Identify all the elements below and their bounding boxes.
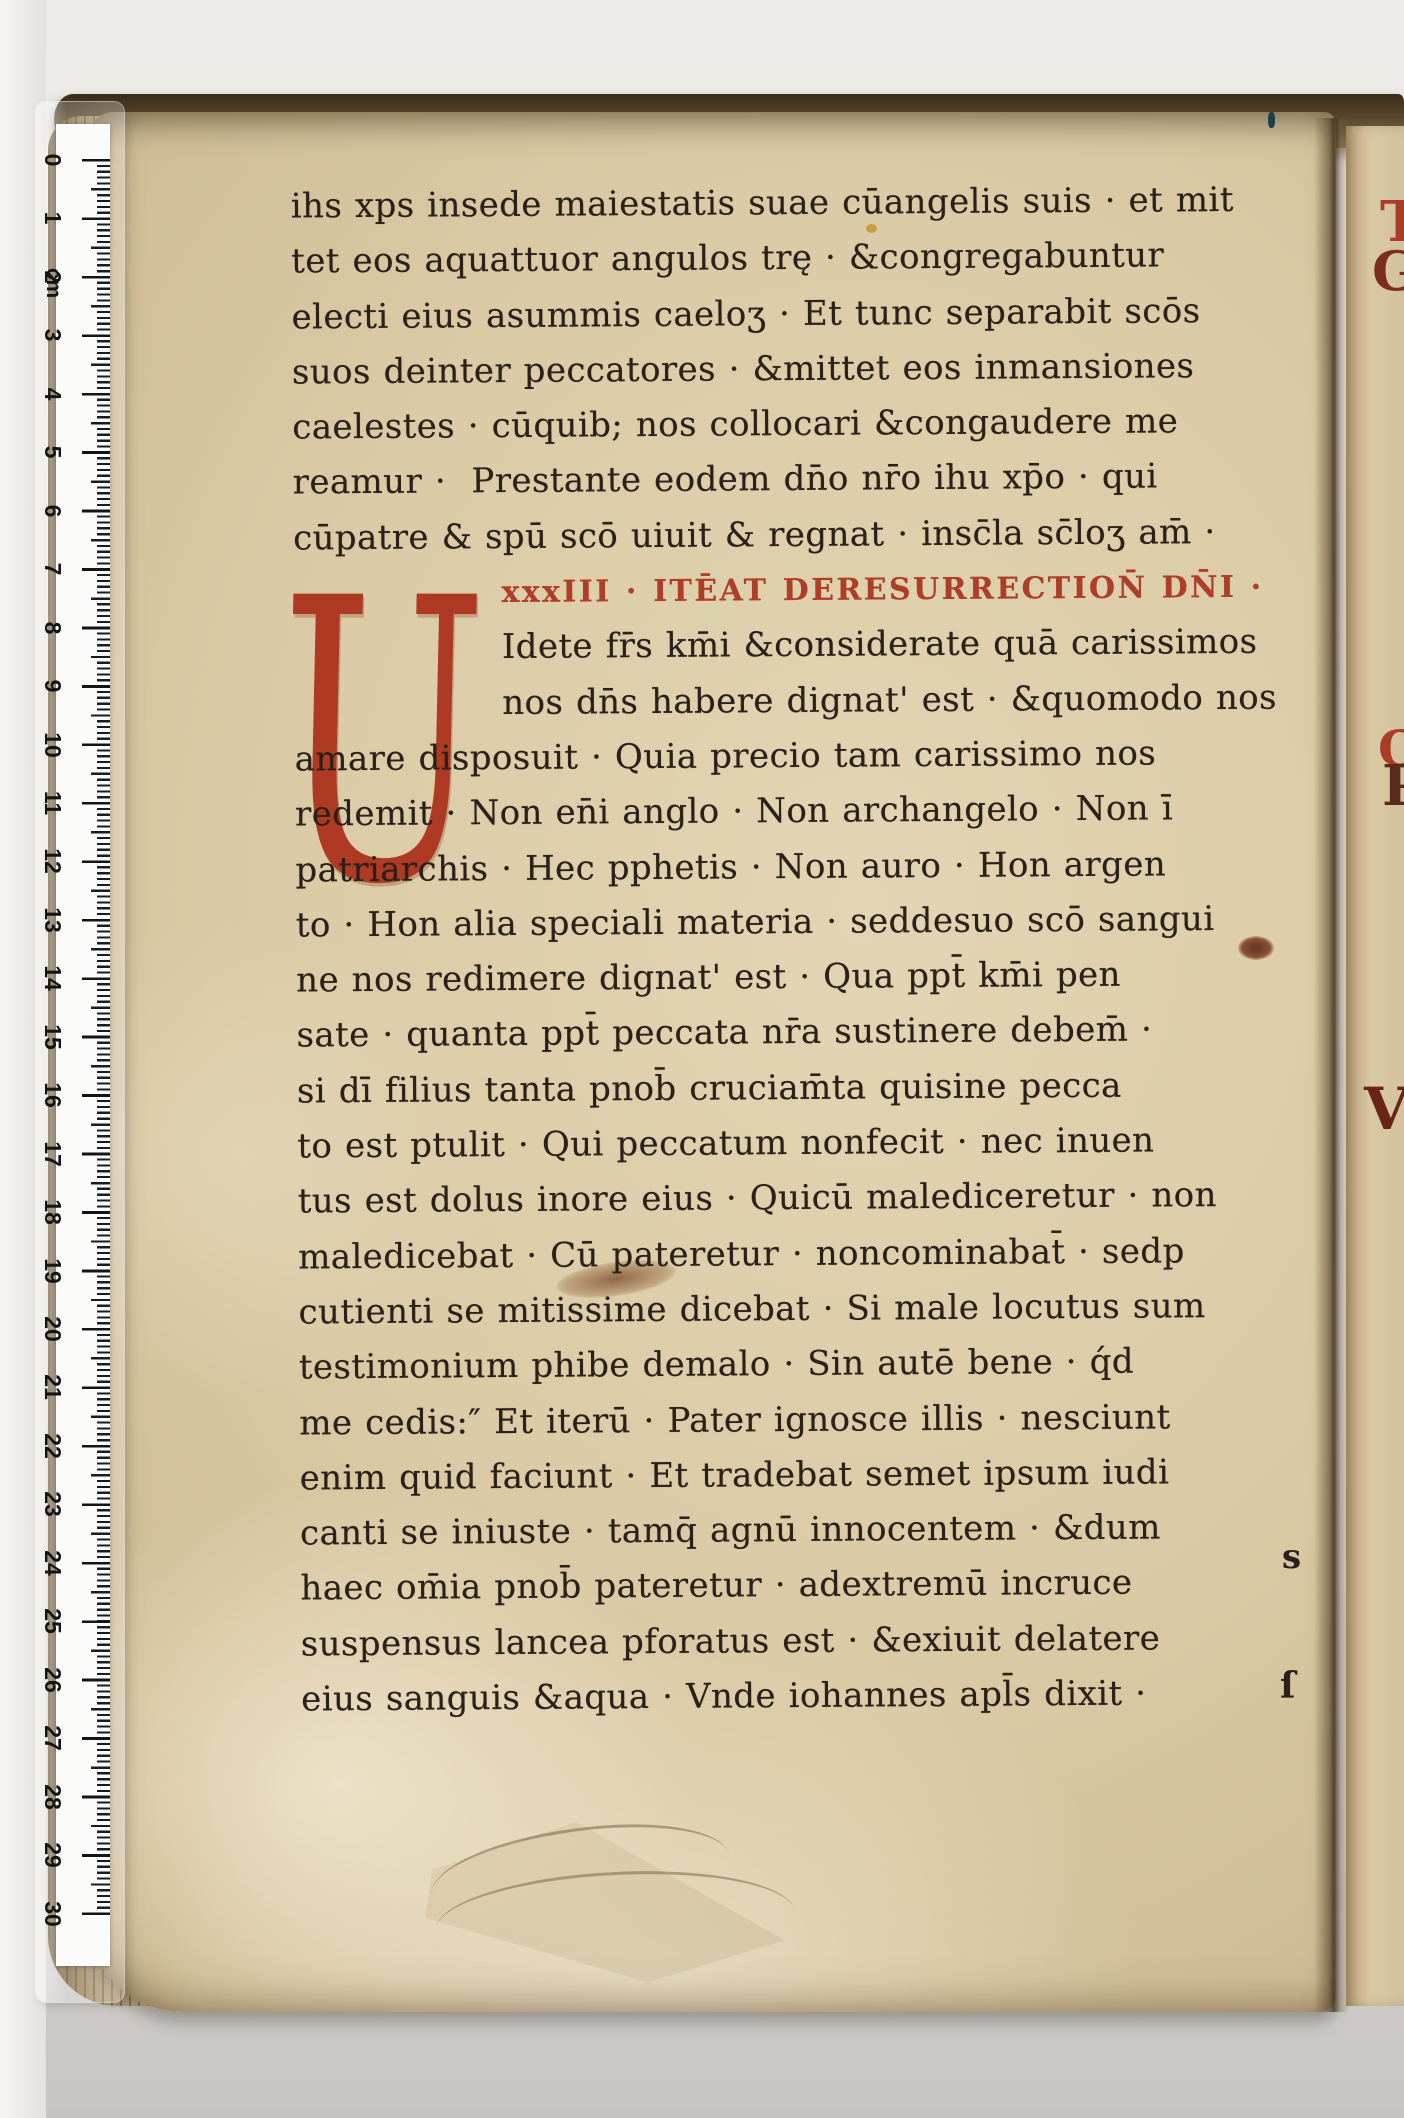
ruler-number: 7 (38, 552, 68, 586)
manuscript-line: si dī filius tanta pnob̄ cruciam̄ta quis… (297, 1057, 1297, 1119)
manuscript-line: Idete fr̄s km̄i &considerate quā carissi… (294, 615, 1294, 677)
ruler-cm-ticks (82, 159, 110, 1916)
ruler-number: 26 (38, 1663, 68, 1697)
ruler-number: 12 (38, 844, 68, 878)
manuscript-line: canti se iniuste · tamq̄ agnū innocentem… (300, 1500, 1300, 1562)
facing-page-letter-fragment: s (1282, 1540, 1301, 1574)
ruler-number: 22 (38, 1429, 68, 1463)
manuscript-line: caelestes · cūquib; nos collocari &conga… (292, 394, 1292, 456)
manuscript-line: maledicebat · Cū pateretur · noncominaba… (298, 1223, 1298, 1285)
ruler-number: 24 (38, 1546, 68, 1580)
ruler-number: 28 (38, 1780, 68, 1814)
manuscript-line: amare disposuit · Quia precio tam cariss… (294, 725, 1294, 787)
ruler-number: 1 (38, 201, 68, 235)
manuscript-line: sate · quanta ppt̄ peccata nr̄a sustiner… (296, 1002, 1296, 1064)
text-block: ihs xps insede maiestatis suae cūangelis… (291, 173, 1302, 1728)
ruler-number: 13 (38, 903, 68, 937)
manuscript-line: electi eius asummis caeloʒ · Et tunc sep… (291, 283, 1291, 345)
ruler-number: 10 (38, 728, 68, 762)
facing-page-letter-fragment: ſ (1280, 1668, 1296, 1704)
facing-page-edge (1346, 126, 1404, 2006)
manuscript-line: eius sanguis &aqua · Vnde iohannes apl̄s… (301, 1666, 1301, 1728)
manuscript-line: reamur · Prestante eodem dn̄o nr̄o ihu x… (293, 449, 1293, 511)
manuscript-line: testimonium phibe demalo · Sin autē bene… (299, 1334, 1299, 1396)
ruler-number: 25 (38, 1604, 68, 1638)
ruler-number: 0 (38, 143, 68, 177)
manuscript-line: ne nos redimere dignat' est · Qua ppt̄ k… (296, 947, 1296, 1009)
manuscript-line: redemit · Non en̄i anglo · Non archangel… (295, 781, 1295, 843)
manuscript-line: tet eos aquattuor angulos trę · &congreg… (291, 228, 1291, 290)
ruler-number: 16 (38, 1078, 68, 1112)
manuscript-line: suspensus lancea pforatus est · &exiuit … (301, 1610, 1301, 1672)
ruler-number: 18 (38, 1195, 68, 1229)
rubric-line: xxxIII · ITĒAT DERESURRECTION̄ DN̄I · (293, 560, 1293, 622)
ruler-number: 9 (38, 669, 68, 703)
manuscript-line: suos deinter peccatores · &mittet eos in… (292, 338, 1292, 400)
facing-page-letter-fragment: P (1382, 758, 1404, 814)
ruler-number: 8 (38, 611, 68, 645)
measuring-ruler: cm 0123456789101112131415161718192021222… (36, 102, 124, 2002)
manuscript-photo: U ihs xps insede maiestatis suae cūangel… (0, 0, 1404, 2118)
ruler-number: 17 (38, 1137, 68, 1171)
manuscript-line: haec om̄ia pnob̄ pateretur · adextremū i… (300, 1555, 1300, 1617)
manuscript-line: to · Hon alia speciali materia · seddesu… (296, 891, 1296, 953)
manuscript-line: cutienti se mitissime dicebat · Si male … (298, 1278, 1298, 1340)
ruler-number: 29 (38, 1838, 68, 1872)
fiber-speck (1268, 112, 1275, 128)
manuscript-line: me cedis:″ Et iterū · Pater ignosce illi… (299, 1389, 1299, 1451)
facing-page-letter-fragment: G (1372, 244, 1404, 298)
ruler-number: 6 (38, 494, 68, 528)
ruler-number: 11 (38, 786, 68, 820)
ruler-number: 23 (38, 1487, 68, 1521)
ruler-number: 20 (38, 1312, 68, 1346)
manuscript-line: enim quid faciunt · Et tradebat semet ip… (299, 1444, 1299, 1506)
manuscript-line: nos dn̄s habere dignat' est · &quomodo n… (294, 670, 1294, 732)
manuscript-line: patriarchis · Hec pphetis · Non auro · H… (295, 836, 1295, 898)
ruler-number: 3 (38, 318, 68, 352)
ruler-number: 21 (38, 1370, 68, 1404)
book-gutter (1314, 118, 1350, 2012)
manuscript-line: ihs xps insede maiestatis suae cūangelis… (291, 173, 1291, 235)
ruler-number: 4 (38, 377, 68, 411)
ruler-number: 15 (38, 1020, 68, 1054)
ruler-number: 27 (38, 1721, 68, 1755)
ruler-number: 30 (38, 1897, 68, 1931)
ruler-number: 5 (38, 435, 68, 469)
manuscript-line: to est ptulit · Qui peccatum nonfecit · … (297, 1113, 1297, 1175)
manuscript-line: tus est dolus inore eius · Quicū maledic… (298, 1168, 1298, 1230)
ruler-number: 19 (38, 1254, 68, 1288)
manuscript-line: cūpatre & spū scō uiuit & regnat · insc̄… (293, 504, 1293, 566)
ruler-number: 2 (38, 260, 68, 294)
facing-page-letter-fragment: V (1364, 1080, 1404, 1138)
ruler-number: 14 (38, 961, 68, 995)
